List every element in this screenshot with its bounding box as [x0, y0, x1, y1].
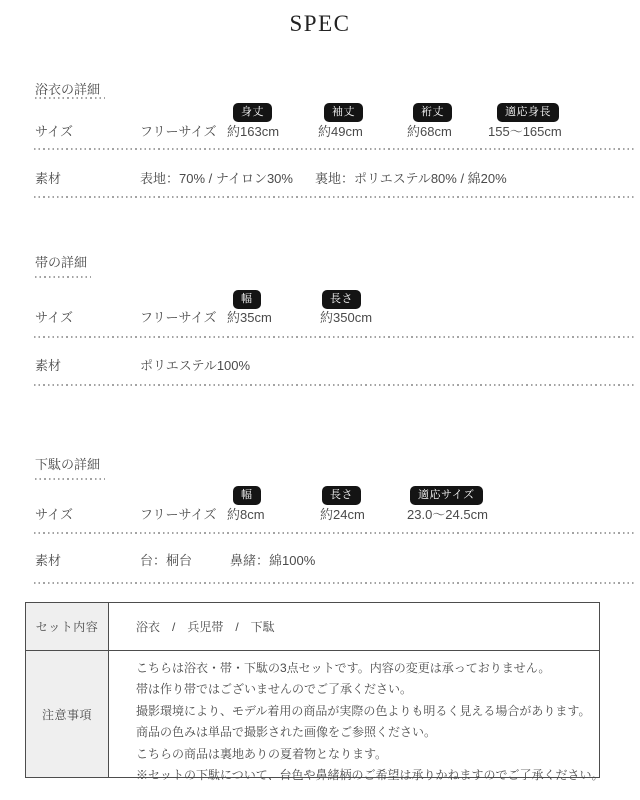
dotted-separator: [34, 336, 634, 338]
spec-value-mitake: 約163cm: [227, 125, 279, 139]
notes-row: 注意事項 こちらは浴衣・帯・下駄の3点セットです。内容の変更は承っておりません。…: [26, 651, 599, 777]
spec-value-obi-length: 約350cm: [320, 311, 372, 325]
dotted-separator: [34, 532, 634, 534]
heading-dotted-underline: [35, 478, 105, 480]
size-row-base-value: フリーサイズ: [140, 311, 216, 325]
spec-value-geta-length: 約24cm: [320, 508, 365, 522]
material-row-label: 素材: [35, 172, 61, 186]
notes-list: こちらは浴衣・帯・下駄の3点セットです。内容の変更は承っておりません。 帯は作り…: [109, 651, 612, 777]
heading-dotted-underline: [35, 276, 91, 278]
spec-value-height-range: 155〜165cm: [488, 125, 562, 139]
heading-dotted-underline: [35, 97, 105, 99]
spec-badge-geta-fit-size: 適応サイズ: [410, 486, 483, 505]
dotted-separator: [34, 582, 634, 584]
spec-value-yukitake: 約68cm: [407, 125, 452, 139]
spec-badge-height-range: 適応身長: [497, 103, 559, 122]
set-contents-value: 浴衣 / 兵児帯 / 下駄: [109, 603, 599, 650]
page-title: SPEC: [0, 11, 640, 37]
spec-value-obi-width: 約35cm: [227, 311, 272, 325]
spec-value-sodetake: 約49cm: [318, 125, 363, 139]
spec-badge-obi-length: 長さ: [322, 290, 361, 309]
section-heading-yukata: 浴衣の詳細: [35, 79, 100, 98]
spec-badge-obi-width: 幅: [233, 290, 261, 309]
spec-value-geta-width: 約8cm: [227, 508, 265, 522]
notes-header: 注意事項: [26, 651, 109, 777]
section-heading-geta: 下駄の詳細: [35, 454, 100, 473]
material-outer-fabric: 表地：70% / ナイロン30%: [140, 172, 293, 186]
dotted-separator: [34, 384, 634, 386]
size-row-base-value: フリーサイズ: [140, 508, 216, 522]
size-row-label: サイズ: [35, 125, 73, 139]
spec-value-geta-fit-size: 23.0〜24.5cm: [407, 508, 488, 522]
material-lining-fabric: 裏地：ポリエステル80% / 綿20%: [315, 172, 507, 186]
material-geta-strap: 鼻緒：綿100%: [230, 554, 315, 568]
spec-badge-mitake: 身丈: [233, 103, 272, 122]
note-line: 帯は作り帯ではございませんのでご了承ください。: [136, 679, 604, 700]
note-line: 商品の色みは単品で撮影された画像をご参照ください。: [136, 722, 604, 743]
material-row-label: 素材: [35, 359, 61, 373]
size-row-label: サイズ: [35, 311, 73, 325]
set-contents-row: セット内容 浴衣 / 兵児帯 / 下駄: [26, 603, 599, 651]
spec-page: SPEC 浴衣の詳細 身丈 袖丈 裄丈 適応身長 サイズ フリーサイズ 約163…: [0, 0, 640, 800]
material-row-label: 素材: [35, 554, 61, 568]
spec-badge-yukitake: 裄丈: [413, 103, 452, 122]
set-contents-header: セット内容: [26, 603, 109, 650]
note-line: ※セットの下駄について、台色や鼻緒柄のご希望は承りかねますのでご了承ください。: [136, 765, 604, 786]
note-line: こちらは浴衣・帯・下駄の3点セットです。内容の変更は承っておりません。: [136, 658, 604, 679]
note-line: こちらの商品は裏地ありの夏着物となります。: [136, 744, 604, 765]
section-heading-obi: 帯の詳細: [35, 252, 87, 271]
info-table: セット内容 浴衣 / 兵児帯 / 下駄 注意事項 こちらは浴衣・帯・下駄の3点セ…: [25, 602, 600, 778]
spec-badge-geta-width: 幅: [233, 486, 261, 505]
size-row-base-value: フリーサイズ: [140, 125, 216, 139]
spec-badge-sodetake: 袖丈: [324, 103, 363, 122]
material-geta-base: 台：桐台: [140, 554, 192, 568]
size-row-label: サイズ: [35, 508, 73, 522]
material-obi: ポリエステル100%: [140, 359, 250, 373]
dotted-separator: [34, 196, 634, 198]
spec-badge-geta-length: 長さ: [322, 486, 361, 505]
note-line: 撮影環境により、モデル着用の商品が実際の色よりも明るく見える場合があります。: [136, 701, 604, 722]
dotted-separator: [34, 148, 634, 150]
